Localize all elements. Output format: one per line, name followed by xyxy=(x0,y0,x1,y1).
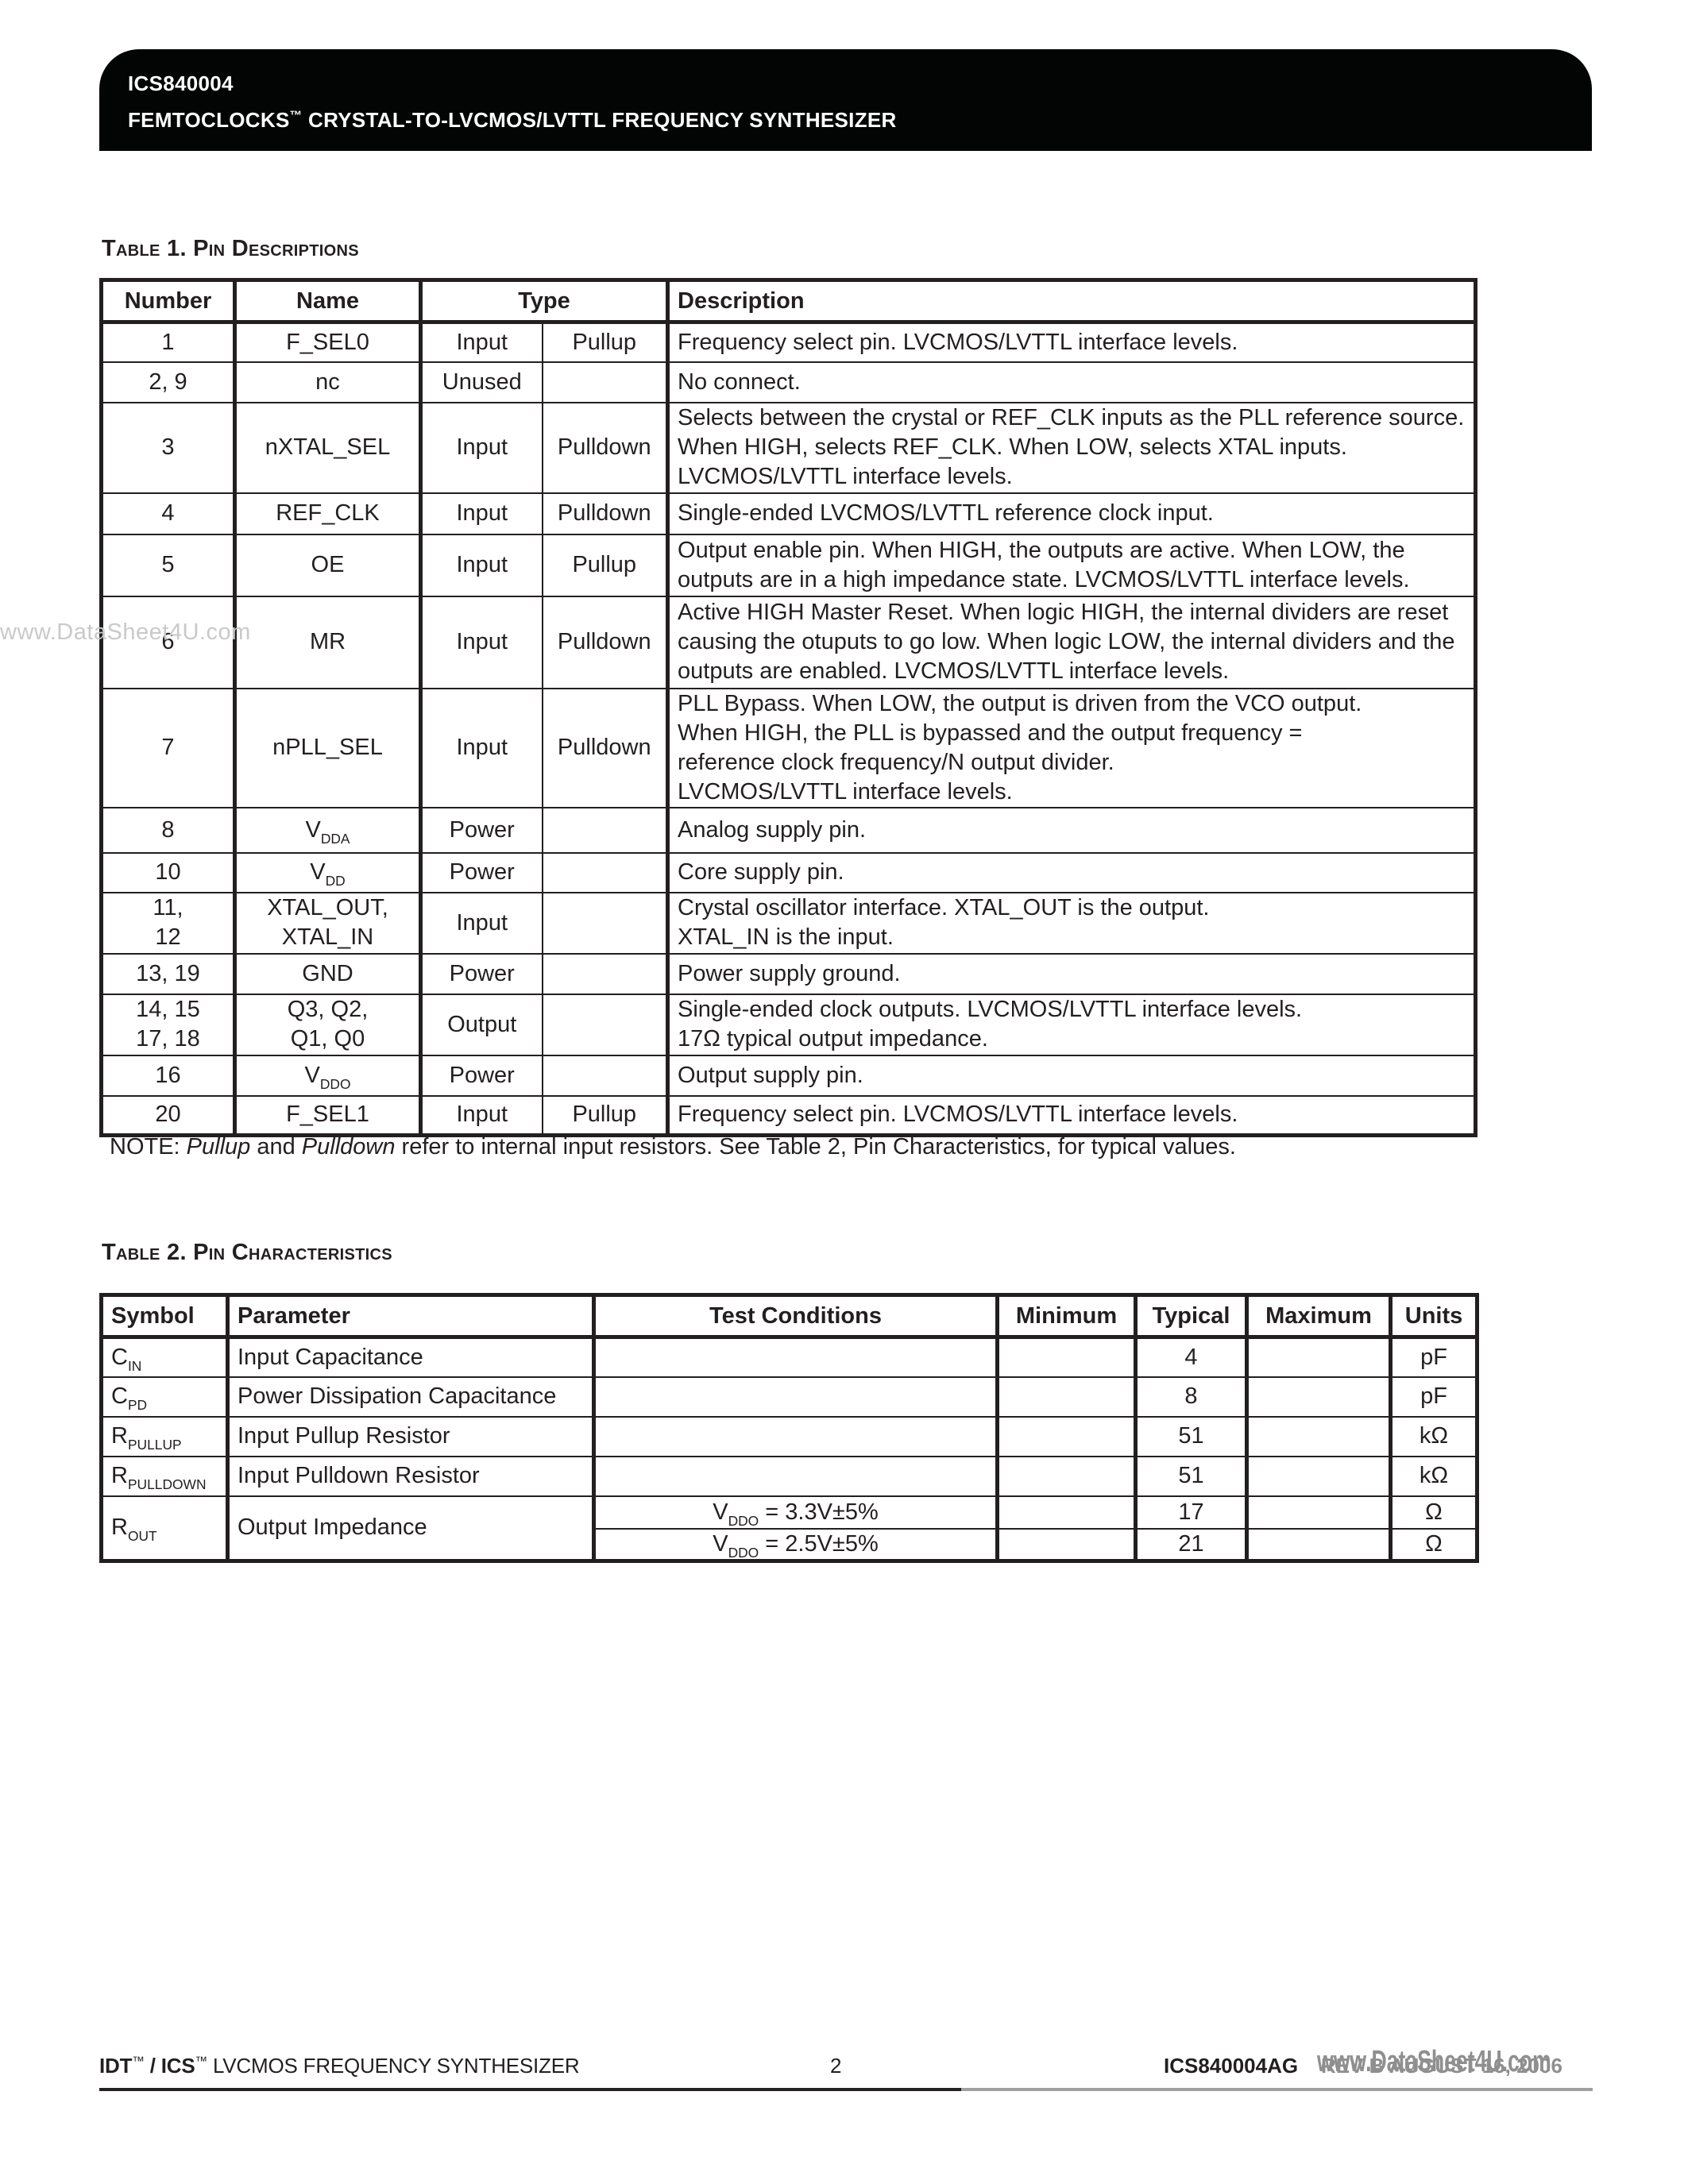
pin-description: Frequency select pin. LVCMOS/LVTTL inter… xyxy=(668,322,1476,362)
test-condition xyxy=(594,1337,998,1377)
note-mid: and xyxy=(250,1134,302,1160)
table-row: 6MRInputPulldownActive HIGH Master Reset… xyxy=(102,596,1476,689)
pin-description: Single-ended LVCMOS/LVTTL reference cloc… xyxy=(668,493,1476,534)
note-term-pulldown: Pulldown xyxy=(302,1134,396,1160)
pin-name-text: V xyxy=(305,1063,320,1088)
condition-text: V xyxy=(713,1499,728,1525)
typical-value: 17 xyxy=(1136,1496,1247,1529)
pin-type: Output xyxy=(421,994,543,1055)
pin-type: Power xyxy=(421,808,543,853)
pin-name: nPLL_SEL xyxy=(235,689,421,808)
typical-value: 4 xyxy=(1136,1337,1247,1377)
table1-caption: Table 1. Pin Descriptions xyxy=(102,236,359,262)
table-row: 3nXTAL_SELInputPulldownSelects between t… xyxy=(102,403,1476,493)
symbol-text: R xyxy=(111,1463,128,1488)
minimum-value xyxy=(998,1417,1136,1457)
part-number: ICS840004 xyxy=(128,71,234,96)
pin-type: Input xyxy=(421,689,543,808)
parameter: Power Dissipation Capacitance xyxy=(228,1377,594,1417)
document-id: ICS840004AG xyxy=(1164,2054,1298,2078)
table-row: 16VDDOPowerOutput supply pin. xyxy=(102,1055,1476,1096)
maximum-value xyxy=(1247,1496,1391,1529)
pin-resistor xyxy=(543,362,668,403)
symbol-subscript: PULLDOWN xyxy=(128,1476,207,1492)
pin-name-text: nXTAL_SEL xyxy=(265,434,390,460)
pin-number: 16 xyxy=(102,1055,235,1096)
pin-name-text: XTAL_OUT, XTAL_IN xyxy=(267,895,388,950)
pin-number: 7 xyxy=(102,689,235,808)
footer-product-line: IDT™ / ICS™ LVCMOS FREQUENCY SYNTHESIZER xyxy=(99,2054,579,2078)
pin-number: 8 xyxy=(102,808,235,853)
pin-description: Selects between the crystal or REF_CLK i… xyxy=(668,403,1476,493)
pin-name: VDDO xyxy=(235,1055,421,1096)
table-row: 1F_SEL0InputPullupFrequency select pin. … xyxy=(102,322,1476,362)
symbol: CPD xyxy=(102,1377,228,1417)
minimum-value xyxy=(998,1337,1136,1377)
title-prefix: FEMTOCLOCKS xyxy=(128,108,290,132)
pin-name-text: nPLL_SEL xyxy=(272,735,383,760)
pin-number: 20 xyxy=(102,1096,235,1136)
pin-description: Analog supply pin. xyxy=(668,808,1476,853)
table-row: 14, 15 17, 18Q3, Q2, Q1, Q0OutputSingle-… xyxy=(102,994,1476,1055)
pin-name-text: GND xyxy=(302,961,353,986)
minimum-value xyxy=(998,1496,1136,1529)
note-suffix: refer to internal input resistors. See T… xyxy=(395,1134,1235,1160)
table-row: 2, 9ncUnusedNo connect. xyxy=(102,362,1476,403)
pin-type: Unused xyxy=(421,362,543,403)
typical-value: 51 xyxy=(1136,1457,1247,1496)
pin-name: REF_CLK xyxy=(235,493,421,534)
symbol: RPULLDOWN xyxy=(102,1457,228,1496)
symbol-text: C xyxy=(111,1345,128,1370)
page-footer: IDT™ / ICS™ LVCMOS FREQUENCY SYNTHESIZER… xyxy=(99,2054,1593,2086)
units: pF xyxy=(1391,1337,1477,1377)
pin-description: Core supply pin. xyxy=(668,853,1476,893)
table-header-row: Symbol Parameter Test Conditions Minimum… xyxy=(102,1295,1477,1337)
pin-number: 3 xyxy=(102,403,235,493)
pin-resistor xyxy=(543,853,668,893)
test-condition xyxy=(594,1377,998,1417)
condition-value: = 3.3V±5% xyxy=(759,1499,879,1525)
table-row: RPULLDOWNInput Pulldown Resistor51kΩ xyxy=(102,1457,1477,1496)
condition-subscript: DDO xyxy=(728,1512,759,1528)
pin-name-subscript: DDO xyxy=(320,1075,351,1091)
pin-name-text: F_SEL0 xyxy=(286,330,369,355)
footer-rule xyxy=(99,2088,961,2091)
pin-number: 4 xyxy=(102,493,235,534)
maximum-value xyxy=(1247,1337,1391,1377)
pin-description: Single-ended clock outputs. LVCMOS/LVTTL… xyxy=(668,994,1476,1055)
typical-value: 51 xyxy=(1136,1417,1247,1457)
pin-resistor: Pullup xyxy=(543,1096,668,1136)
pin-name: Q3, Q2, Q1, Q0 xyxy=(235,994,421,1055)
pin-number: 2, 9 xyxy=(102,362,235,403)
pin-resistor: Pullup xyxy=(543,534,668,596)
symbol-subscript: IN xyxy=(128,1358,141,1374)
pin-type: Input xyxy=(421,403,543,493)
pin-description: PLL Bypass. When LOW, the output is driv… xyxy=(668,689,1476,808)
pin-description: No connect. xyxy=(668,362,1476,403)
document-title: FEMTOCLOCKS™ CRYSTAL-TO-LVCMOS/LVTTL FRE… xyxy=(128,108,897,133)
maximum-value xyxy=(1247,1457,1391,1496)
pin-number: 6 xyxy=(102,596,235,689)
typical-value: 8 xyxy=(1136,1377,1247,1417)
pin-name-subscript: DD xyxy=(326,873,346,889)
pin-resistor: Pullup xyxy=(543,322,668,362)
table-row: CINInput Capacitance4pF xyxy=(102,1337,1477,1377)
table-row: 20F_SEL1InputPullupFrequency select pin.… xyxy=(102,1096,1476,1136)
table-row: ROUTOutput ImpedanceVDDO = 3.3V±5%17Ω xyxy=(102,1496,1477,1529)
header-typical: Typical xyxy=(1136,1295,1247,1337)
trademark-symbol: ™ xyxy=(132,2055,144,2068)
test-condition xyxy=(594,1417,998,1457)
header-parameter: Parameter xyxy=(228,1295,594,1337)
page-number: 2 xyxy=(830,2054,841,2078)
footer-brand-idt: IDT xyxy=(99,2054,132,2078)
pin-resistor: Pulldown xyxy=(543,689,668,808)
table-row: 5OEInputPullupOutput enable pin. When HI… xyxy=(102,534,1476,596)
pin-description: Output supply pin. xyxy=(668,1055,1476,1096)
symbol: CIN xyxy=(102,1337,228,1377)
pin-name: nc xyxy=(235,362,421,403)
units: Ω xyxy=(1391,1496,1477,1529)
parameter: Output Impedance xyxy=(228,1496,594,1561)
pin-number: 13, 19 xyxy=(102,954,235,994)
pin-name-text: REF_CLK xyxy=(276,500,380,526)
pin-name-text: OE xyxy=(311,552,345,577)
condition-text: V xyxy=(713,1531,728,1557)
table1-note: NOTE: Pullup and Pulldown refer to inter… xyxy=(110,1131,1236,1163)
units: kΩ xyxy=(1391,1417,1477,1457)
pin-resistor xyxy=(543,994,668,1055)
pin-name-subscript: DDA xyxy=(321,830,350,846)
pin-description: Output enable pin. When HIGH, the output… xyxy=(668,534,1476,596)
symbol-subscript: PULLUP xyxy=(128,1437,182,1453)
pin-name-text: nc xyxy=(315,369,340,395)
note-term-pullup: Pullup xyxy=(187,1134,251,1160)
header-name: Name xyxy=(235,280,421,322)
symbol-subscript: OUT xyxy=(128,1528,157,1544)
title-suffix: CRYSTAL-TO-LVCMOS/LVTTL FREQUENCY SYNTHE… xyxy=(303,108,897,132)
pin-name: VDDA xyxy=(235,808,421,853)
pin-name: XTAL_OUT, XTAL_IN xyxy=(235,893,421,954)
pin-type: Power xyxy=(421,853,543,893)
header-maximum: Maximum xyxy=(1247,1295,1391,1337)
pin-resistor xyxy=(543,893,668,954)
pin-name: GND xyxy=(235,954,421,994)
symbol-text: C xyxy=(111,1383,128,1409)
condition-value: = 2.5V±5% xyxy=(759,1531,879,1557)
pin-name: F_SEL0 xyxy=(235,322,421,362)
pin-type: Power xyxy=(421,1055,543,1096)
maximum-value xyxy=(1247,1529,1391,1561)
test-condition: VDDO = 2.5V±5% xyxy=(594,1529,998,1561)
symbol: ROUT xyxy=(102,1496,228,1561)
table-header-row: Number Name Type Description xyxy=(102,280,1476,322)
units: kΩ xyxy=(1391,1457,1477,1496)
test-condition: VDDO = 3.3V±5% xyxy=(594,1496,998,1529)
symbol-text: R xyxy=(111,1423,128,1449)
header-test-conditions: Test Conditions xyxy=(594,1295,998,1337)
footer-product: LVCMOS FREQUENCY SYNTHESIZER xyxy=(207,2054,580,2078)
maximum-value xyxy=(1247,1417,1391,1457)
pin-description: Crystal oscillator interface. XTAL_OUT i… xyxy=(668,893,1476,954)
table2-caption: Table 2. Pin Characteristics xyxy=(102,1240,392,1266)
pin-resistor xyxy=(543,1055,668,1096)
pin-resistor: Pulldown xyxy=(543,403,668,493)
symbol-subscript: PD xyxy=(128,1397,147,1413)
pin-number: 5 xyxy=(102,534,235,596)
trademark-symbol: ™ xyxy=(290,109,303,122)
note-prefix: NOTE: xyxy=(110,1134,187,1160)
header-bar: ICS840004 FEMTOCLOCKS™ CRYSTAL-TO-LVCMOS… xyxy=(99,49,1592,151)
parameter: Input Pullup Resistor xyxy=(228,1417,594,1457)
maximum-value xyxy=(1247,1377,1391,1417)
pin-resistor xyxy=(543,808,668,853)
pin-type: Input xyxy=(421,322,543,362)
pin-descriptions-table: Number Name Type Description 1F_SEL0Inpu… xyxy=(99,278,1477,1137)
pin-name-text: Q3, Q2, Q1, Q0 xyxy=(288,997,369,1051)
minimum-value xyxy=(998,1377,1136,1417)
table-row: 7nPLL_SELInputPulldownPLL Bypass. When L… xyxy=(102,689,1476,808)
table-row: 8VDDAPowerAnalog supply pin. xyxy=(102,808,1476,853)
header-symbol: Symbol xyxy=(102,1295,228,1337)
test-condition xyxy=(594,1457,998,1496)
pin-type: Input xyxy=(421,893,543,954)
symbol-text: R xyxy=(111,1515,128,1540)
table-row: 11, 12XTAL_OUT, XTAL_INInputCrystal osci… xyxy=(102,893,1476,954)
pin-name: nXTAL_SEL xyxy=(235,403,421,493)
table-row: 10VDDPowerCore supply pin. xyxy=(102,853,1476,893)
pin-type: Input xyxy=(421,596,543,689)
pin-name-text: V xyxy=(305,817,320,843)
header-number: Number xyxy=(102,280,235,322)
parameter: Input Capacitance xyxy=(228,1337,594,1377)
symbol: RPULLUP xyxy=(102,1417,228,1457)
pin-name: VDD xyxy=(235,853,421,893)
pin-description: Active HIGH Master Reset. When logic HIG… xyxy=(668,596,1476,689)
pin-description: Frequency select pin. LVCMOS/LVTTL inter… xyxy=(668,1096,1476,1136)
pin-number: 14, 15 17, 18 xyxy=(102,994,235,1055)
pin-resistor: Pulldown xyxy=(543,493,668,534)
footer-separator: / xyxy=(145,2054,161,2078)
footer-brand-ics: ICS xyxy=(161,2054,195,2078)
pin-type: Input xyxy=(421,493,543,534)
footer-rule-grey xyxy=(961,2088,1593,2091)
table-row: 13, 19GNDPowerPower supply ground. xyxy=(102,954,1476,994)
pin-type: Input xyxy=(421,534,543,596)
pin-resistor xyxy=(543,954,668,994)
trademark-symbol: ™ xyxy=(195,2055,207,2068)
header-type: Type xyxy=(421,280,668,322)
pin-type: Input xyxy=(421,1096,543,1136)
typical-value: 21 xyxy=(1136,1529,1247,1561)
parameter: Input Pulldown Resistor xyxy=(228,1457,594,1496)
pin-description: Power supply ground. xyxy=(668,954,1476,994)
header-minimum: Minimum xyxy=(998,1295,1136,1337)
pin-resistor: Pulldown xyxy=(543,596,668,689)
revision-date: REV B AUGUST 16, 2006 xyxy=(1321,2054,1562,2078)
table-row: RPULLUPInput Pullup Resistor51kΩ xyxy=(102,1417,1477,1457)
minimum-value xyxy=(998,1529,1136,1561)
units: pF xyxy=(1391,1377,1477,1417)
condition-subscript: DDO xyxy=(728,1545,759,1561)
pin-name: F_SEL1 xyxy=(235,1096,421,1136)
pin-type: Power xyxy=(421,954,543,994)
header-units: Units xyxy=(1391,1295,1477,1337)
pin-number: 1 xyxy=(102,322,235,362)
pin-name: MR xyxy=(235,596,421,689)
minimum-value xyxy=(998,1457,1136,1496)
table-row: CPDPower Dissipation Capacitance8pF xyxy=(102,1377,1477,1417)
pin-characteristics-table: Symbol Parameter Test Conditions Minimum… xyxy=(99,1293,1479,1563)
units: Ω xyxy=(1391,1529,1477,1561)
table-row: 4REF_CLKInputPulldownSingle-ended LVCMOS… xyxy=(102,493,1476,534)
pin-name-text: F_SEL1 xyxy=(286,1102,369,1127)
pin-number: 10 xyxy=(102,853,235,893)
pin-number: 11, 12 xyxy=(102,893,235,954)
header-description: Description xyxy=(668,280,1476,322)
pin-name-text: V xyxy=(310,859,325,885)
pin-name: OE xyxy=(235,534,421,596)
pin-name-text: MR xyxy=(310,629,346,654)
